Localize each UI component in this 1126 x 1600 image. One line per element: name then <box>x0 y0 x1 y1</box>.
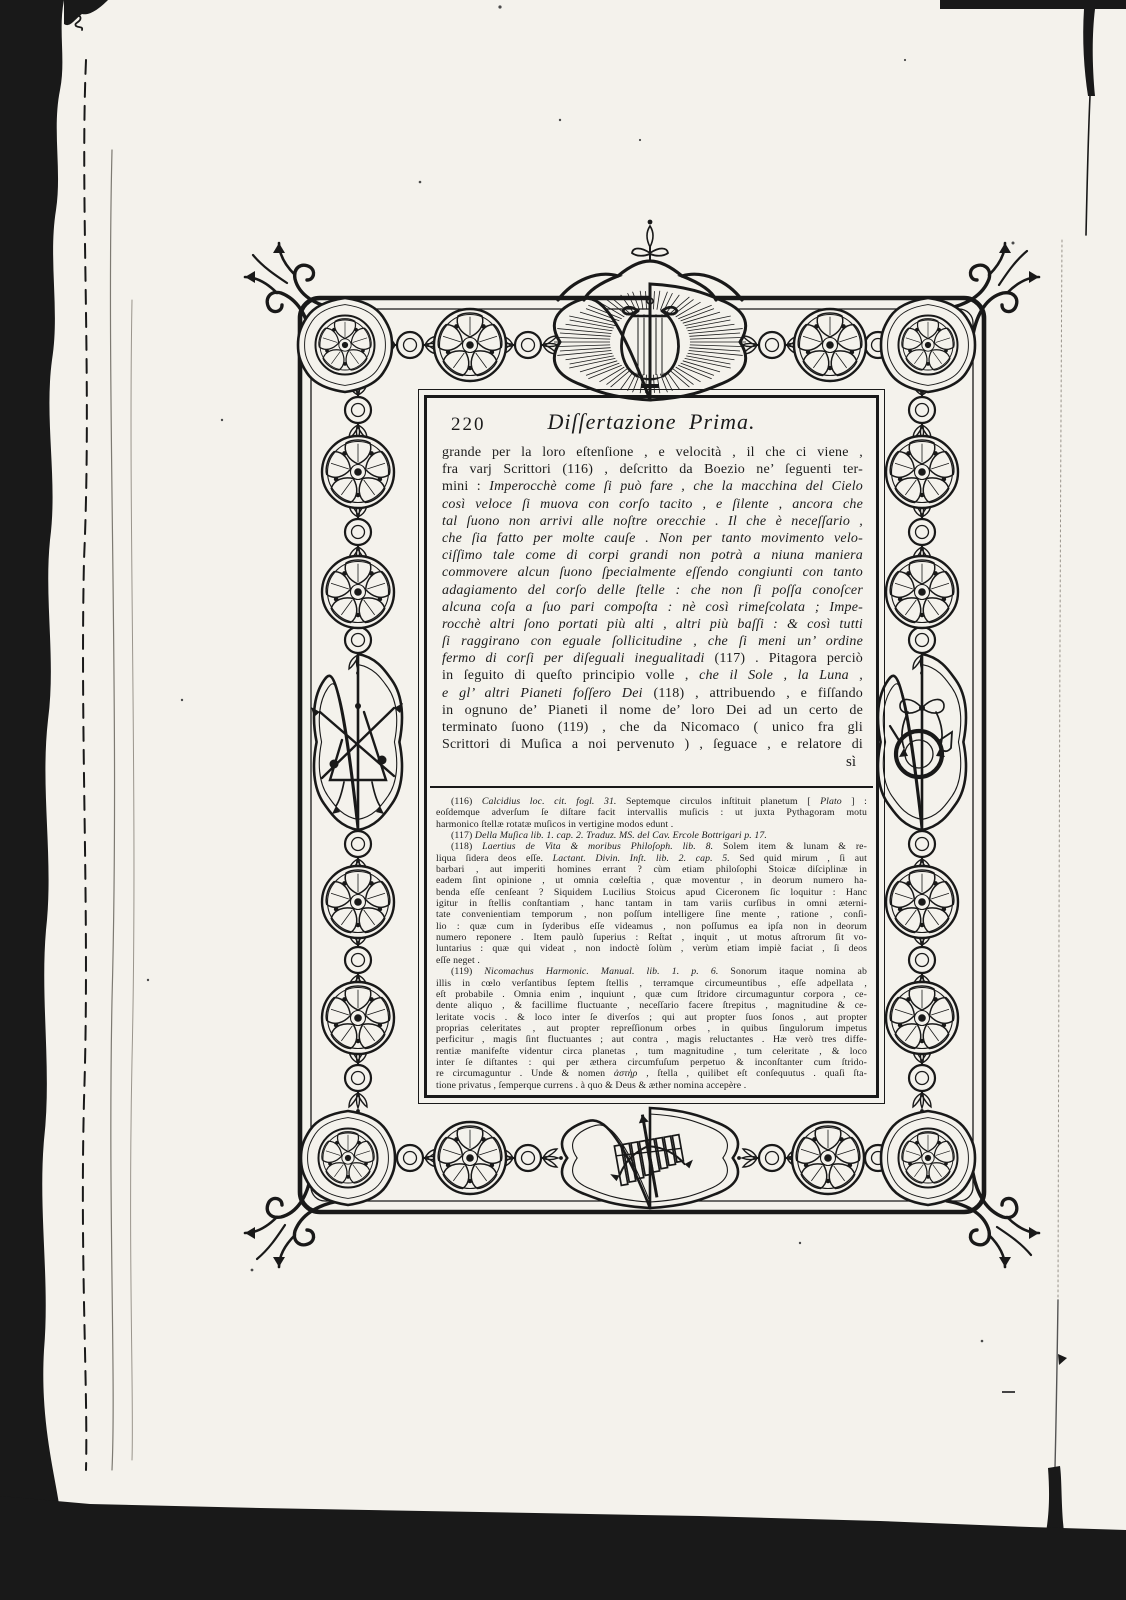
text-segment: Imperocchè come ſi può fare , che la mac… <box>489 479 863 494</box>
text-segment: Lactant. Divin. Inſt. lib. 2. cap. 5. <box>553 853 730 864</box>
rosette-icon <box>318 1128 377 1187</box>
text-segment: numero reponere . Item paulò ſuperius : … <box>436 932 867 943</box>
scan-edge-bottom <box>0 1496 1126 1600</box>
text-segment: ἀστὴρ <box>614 1068 638 1079</box>
text-segment: , ſtella , quilibet eſt conſequutus . qu… <box>637 1068 867 1079</box>
rosette-icon <box>322 866 394 938</box>
speckle <box>904 59 906 61</box>
body-line: in ognuno de’ Pianeti il nome de’ loro D… <box>442 702 863 719</box>
text-segment: perficitur , magis ſint fluctuantes ; au… <box>436 1034 867 1045</box>
text-segment: grande per la loro eſtenſione , e veloci… <box>442 445 863 460</box>
text-segment: eſſe neget . <box>436 955 480 966</box>
text-segment: (116) <box>451 796 482 807</box>
body-line: adagiamento del corſo delle ſtelle : che… <box>442 582 863 599</box>
speckle <box>639 139 641 141</box>
footnote-line: tate convenientiam temporum , non poſſum… <box>436 909 867 920</box>
rosette-icon <box>794 309 866 381</box>
footnote-line: luntarius : quæ qui videat , non indoctè… <box>436 943 867 954</box>
speckle <box>181 699 183 701</box>
text-segment: Nicomachus Harmonic. Manual. lib. 1. p. … <box>484 966 718 977</box>
text-segment: ] : <box>842 796 867 807</box>
body-line: tal ſuono non arrivi alle noſtre orecchi… <box>442 513 863 530</box>
body-text: grande per la loro eſtenſione , e veloci… <box>442 444 863 753</box>
scanned-book-page: 220 Diſſertazione Prima. grande per la l… <box>0 0 1126 1600</box>
text-segment: igitur in ſtellis conſtantiam , hanc tan… <box>436 898 867 909</box>
text-segment: Sonorum itaque nomina ab <box>718 966 867 977</box>
footnotes: (116) Calcidius loc. cit. fogl. 31. Sept… <box>436 796 867 1091</box>
speckle <box>251 1269 254 1272</box>
text-segment: (118) , attribuendo , e fiſſando <box>654 686 863 701</box>
body-line: in ſeguito di queſto principio volle , c… <box>442 667 863 684</box>
footnote-line: re circumaguntur . Unde & nomen ἀστὴρ , … <box>436 1068 867 1079</box>
text-segment: così veloce ſi muova con corſo tacito , … <box>442 497 863 512</box>
body-line: fra varj Scrittori (116) , deſcritto da … <box>442 461 863 478</box>
speckle <box>559 119 561 121</box>
footnote-line: igitur in ſtellis conſtantiam , hanc tan… <box>436 898 867 909</box>
cartouche-frame <box>878 654 966 830</box>
rosette-icon <box>322 982 394 1054</box>
text-segment: tate convenientiam temporum , non poſſum… <box>436 909 867 920</box>
footnote-line: tione privatus , ſemperque currens . à q… <box>436 1080 867 1091</box>
rosette-icon <box>898 1128 957 1187</box>
body-line: mini : Imperocchè come ſi può fare , che… <box>442 478 863 495</box>
footnote-line: eſt probabile . Omnia enim , inquiunt , … <box>436 989 867 1000</box>
running-title: Diſſertazione Prima. <box>427 409 876 435</box>
text-segment: terminato ſuono (119) , che da Nicomaco … <box>442 720 863 735</box>
footnote-116: (116) Calcidius loc. cit. fogl. 31. Sept… <box>436 796 867 830</box>
text-segment: eoſdemque adverſum ſe diſtare facit inte… <box>436 807 867 818</box>
text-segment: illis in cœlo verſantibus ſeptem ſtellis… <box>436 978 867 989</box>
text-segment: ciſſimo tale come di corpi grandi non po… <box>442 548 863 563</box>
text-segment: lio : quæ cum in ſyderibus eſſe videamus… <box>436 921 867 932</box>
text-segment: inter ſe diſtantes : qui per æthera circ… <box>436 1057 867 1068</box>
footnote-line: proprias celeritates , aut propter repre… <box>436 1023 867 1034</box>
text-segment: barbari , aut imperiti homines errant ? … <box>436 864 867 875</box>
text-segment: re circumaguntur . Unde & nomen <box>436 1068 614 1079</box>
footnote-line: illis in cœlo verſantibus ſeptem ſtellis… <box>436 978 867 989</box>
text-segment: che ſia fatto per molte cauſe . Non per … <box>442 531 863 546</box>
text-segment: benda eſſe cenſeant ? Siquidem Lucilius … <box>436 887 867 898</box>
footnote-118: (118) Laertius de Vita & moribus Philoſo… <box>436 841 867 966</box>
text-segment: in ſeguito di queſto principio volle , <box>442 668 699 683</box>
body-line: alcuna coſa a ſuo pari compoſta : nè cos… <box>442 599 863 616</box>
text-segment: proprias celeritates , aut propter repre… <box>436 1023 867 1034</box>
footnote-line: rentiæ manifeſte videntur circa planetas… <box>436 1046 867 1057</box>
text-segment: (117) . Pitagora perciò <box>714 651 863 666</box>
footnote-line: benda eſſe cenſeant ? Siquidem Lucilius … <box>436 887 867 898</box>
text-segment: che il Sole , la Luna , <box>699 668 863 683</box>
footnote-line: eoſdemque adverſum ſe diſtare facit inte… <box>436 807 867 818</box>
rosette-icon <box>434 1122 506 1194</box>
footnote-line: inter ſe diſtantes : qui per æthera circ… <box>436 1057 867 1068</box>
text-segment: eſt probabile . Omnia enim , inquiunt , … <box>436 989 867 1000</box>
page-header: 220 Diſſertazione Prima. <box>427 408 876 440</box>
text-segment: commovere alcun ſuono ſpecialmente eſſen… <box>442 565 863 580</box>
footnote-117: (117) Della Muſica lib. 1. cap. 2. Tradu… <box>436 830 867 841</box>
text-panel: 220 Diſſertazione Prima. grande per la l… <box>424 395 879 1098</box>
scan-edge-top-right <box>940 0 1126 9</box>
text-segment: tione privatus , ſemperque currens . à q… <box>436 1080 746 1091</box>
text-segment: fermo di corſi per diſeguali inegualitad… <box>442 651 714 666</box>
footnote-line: (119) Nicomachus Harmonic. Manual. lib. … <box>436 966 867 977</box>
rosette-icon <box>792 1122 864 1194</box>
rosette-icon <box>434 309 506 381</box>
text-segment: luntarius : quæ qui videat , non indoctè… <box>436 943 867 954</box>
footnote-line: eſſe neget . <box>436 955 867 966</box>
footnote-line: lio : quæ cum in ſyderibus eſſe videamus… <box>436 921 867 932</box>
text-segment: Scrittori di Muſica a noi pervenuto ) , … <box>442 737 863 752</box>
text-segment: rentiæ manifeſte videntur circa planetas… <box>436 1046 867 1057</box>
rosette-icon <box>886 556 958 628</box>
footnote-line: harmonico ſtellæ rotatæ muſicos in verti… <box>436 819 867 830</box>
rosette-icon <box>322 556 394 628</box>
speckle <box>147 979 149 981</box>
body-line: Scrittori di Muſica a noi pervenuto ) , … <box>442 736 863 753</box>
text-segment: in ognuno de’ Pianeti il nome de’ loro D… <box>442 703 863 718</box>
footnote-line: (116) Calcidius loc. cit. fogl. 31. Sept… <box>436 796 867 807</box>
speckle <box>799 1242 801 1244</box>
footnote-line: leritate vocis . & loco inter ſe diverſo… <box>436 1012 867 1023</box>
footnote-line: eadem ſint opinione , ut omnia cœleſtia … <box>436 875 867 886</box>
text-segment: e gl’ altri Pianeti foſſero Dei <box>442 686 654 701</box>
text-segment: fra varj Scrittori (116) , deſcritto da … <box>442 462 863 477</box>
text-segment: leritate vocis . & loco inter ſe diverſo… <box>436 1012 867 1023</box>
text-segment: Plato <box>820 796 842 807</box>
rosette-icon <box>898 315 957 374</box>
speckle <box>498 5 501 8</box>
text-segment: rocchè altri ſono portati più alti , alt… <box>442 617 863 632</box>
footnote-line: perficitur , magis ſint fluctuantes ; au… <box>436 1034 867 1045</box>
body-line: ciſſimo tale come di corpi grandi non po… <box>442 547 863 564</box>
speckle <box>419 181 422 184</box>
footnote-line: dente aliquo , & facillime fluctuante , … <box>436 1000 867 1011</box>
rosette-icon <box>315 315 374 374</box>
footnote-line: barbari , aut imperiti homines errant ? … <box>436 864 867 875</box>
rosette-icon <box>886 436 958 508</box>
text-segment: liqua ſidera deos eſſe. <box>436 853 553 864</box>
text-segment: ſi raggirano con eguale ſollicitudine , … <box>442 634 863 649</box>
body-line: commovere alcun ſuono ſpecialmente eſſen… <box>442 564 863 581</box>
text-segment: Sed quid mirum , ſi aut <box>730 853 867 864</box>
text-segment: harmonico ſtellæ rotatæ muſicos in verti… <box>436 819 673 830</box>
rosette-icon <box>886 866 958 938</box>
body-line: che ſia fatto per molte cauſe . Non per … <box>442 530 863 547</box>
text-segment: Laertius de Vita & moribus Philoſoph. li… <box>482 841 713 852</box>
text-segment: dente aliquo , & facillime fluctuante , … <box>436 1000 867 1011</box>
footnote-line: (117) Della Muſica lib. 1. cap. 2. Tradu… <box>436 830 867 841</box>
footnote-line: numero reponere . Item paulò ſuperius : … <box>436 932 867 943</box>
footnote-119: (119) Nicomachus Harmonic. Manual. lib. … <box>436 966 867 1091</box>
body-line: terminato ſuono (119) , che da Nicomaco … <box>442 719 863 736</box>
footnote-separator-rule <box>430 786 873 788</box>
rosette-icon <box>322 436 394 508</box>
body-line: e gl’ altri Pianeti foſſero Dei (118) , … <box>442 685 863 702</box>
scan-edge-left <box>0 0 76 1600</box>
text-segment: Calcidius loc. cit. fogl. 31. <box>482 796 617 807</box>
catchword: sì <box>846 754 856 771</box>
text-segment: Solem item & lunam & re- <box>713 841 867 852</box>
speckle <box>221 419 223 421</box>
body-line: rocchè altri ſono portati più alti , alt… <box>442 616 863 633</box>
body-line: fermo di corſi per diſeguali inegualitad… <box>442 650 863 667</box>
footnote-line: (118) Laertius de Vita & moribus Philoſo… <box>436 841 867 852</box>
text-segment: (119) <box>451 966 484 977</box>
body-line: ſi raggirano con eguale ſollicitudine , … <box>442 633 863 650</box>
text-segment: alcuna coſa a ſuo pari compoſta : nè cos… <box>442 600 863 615</box>
rosette-icon <box>886 982 958 1054</box>
speckle <box>981 1340 984 1343</box>
text-segment: tal ſuono non arrivi alle noſtre orecchi… <box>442 514 863 529</box>
body-line: grande per la loro eſtenſione , e veloci… <box>442 444 863 461</box>
text-segment: adagiamento del corſo delle ſtelle : che… <box>442 583 863 598</box>
text-segment: mini : <box>442 479 489 494</box>
text-segment: Septemque circulos inſtituit planetum [ <box>617 796 821 807</box>
body-line: così veloce ſi muova con corſo tacito , … <box>442 496 863 513</box>
text-segment: (117) <box>451 830 475 841</box>
speckle <box>1012 242 1015 245</box>
text-segment: Della Muſica lib. 1. cap. 2. Traduz. MS.… <box>475 830 767 841</box>
lyre-cartouche <box>554 284 746 400</box>
footnote-line: liqua ſidera deos eſſe. Lactant. Divin. … <box>436 853 867 864</box>
text-segment: (118) <box>451 841 482 852</box>
text-segment: eadem ſint opinione , ut omnia cœleſtia … <box>436 875 867 886</box>
